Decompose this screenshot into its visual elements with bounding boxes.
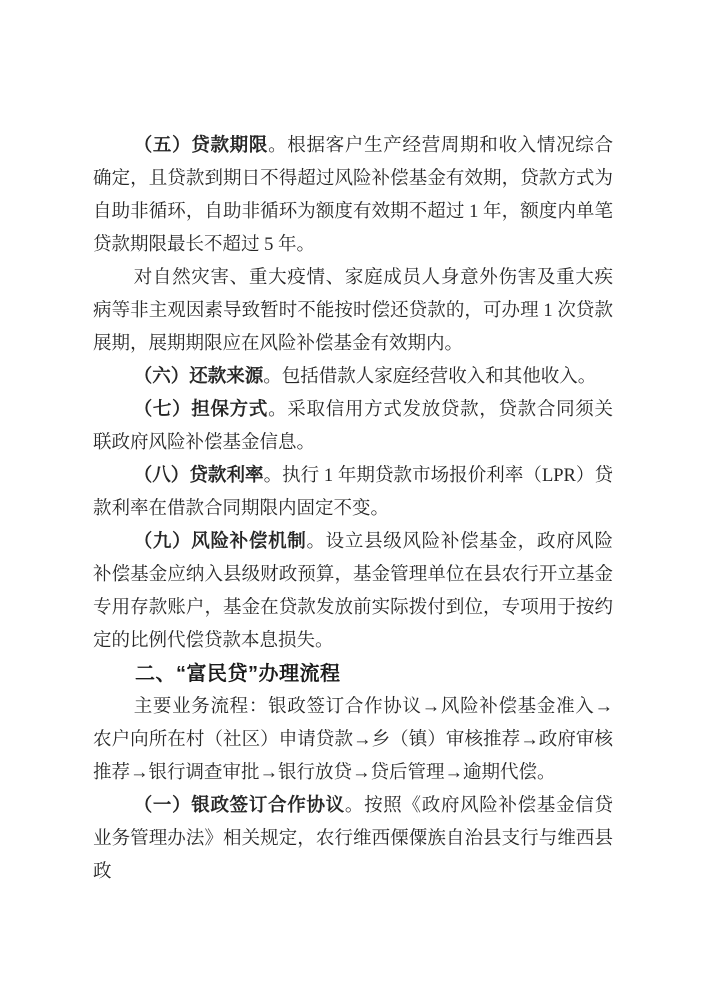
clause-paragraph-6: （六）还款来源。包括借款人家庭经营收入和其他收入。 xyxy=(93,361,613,394)
paragraph-disaster-extension: 对自然灾害、重大疫情、家庭成员人身意外伤害及重大疾病等非主观因素导致暂时不能按时… xyxy=(93,262,613,361)
clause-label: （七）担保方式 xyxy=(134,400,268,420)
clause-paragraph-9: （九）风险补偿机制。设立县级风险补偿基金，政府风险补偿基金应纳入县级财政预算，基… xyxy=(93,526,613,658)
paragraph-text: 对自然灾害、重大疫情、家庭成员人身意外伤害及重大疾病等非主观因素导致暂时不能按时… xyxy=(93,268,613,354)
clause-label: （五）贷款期限 xyxy=(134,136,268,156)
section-heading-2: 二、“富民贷”办理流程 xyxy=(93,658,613,691)
document-body: （五）贷款期限。根据客户生产经营周期和收入情况综合确定，且贷款到期日不得超过风险… xyxy=(93,130,613,889)
paragraph-main-process: 主要业务流程：银政签订合作协议→风险补偿基金准入→农户向所在村（社区）申请贷款→… xyxy=(93,691,613,790)
document-page: （五）贷款期限。根据客户生产经营周期和收入情况综合确定，且贷款到期日不得超过风险… xyxy=(0,0,707,1000)
clause-paragraph-5: （五）贷款期限。根据客户生产经营周期和收入情况综合确定，且贷款到期日不得超过风险… xyxy=(93,130,613,262)
clause-label: （九）风险补偿机制 xyxy=(134,532,307,552)
paragraph-text: 主要业务流程：银政签订合作协议→风险补偿基金准入→农户向所在村（社区）申请贷款→… xyxy=(93,697,613,783)
clause-label: （八）贷款利率 xyxy=(134,466,264,486)
clause-label: （六）还款来源 xyxy=(134,367,264,387)
clause-text: 。包括借款人家庭经营收入和其他收入。 xyxy=(263,367,596,387)
clause-paragraph-8: （八）贷款利率。执行 1 年期贷款市场报价利率（LPR）贷款利率在借款合同期限内… xyxy=(93,460,613,526)
clause-paragraph-7: （七）担保方式。采取信用方式发放贷款，贷款合同须关联政府风险补偿基金信息。 xyxy=(93,394,613,460)
clause-label: （一）银政签订合作协议 xyxy=(134,796,345,816)
clause-paragraph-1: （一）银政签订合作协议。按照《政府风险补偿基金信贷业务管理办法》相关规定，农行维… xyxy=(93,790,613,889)
